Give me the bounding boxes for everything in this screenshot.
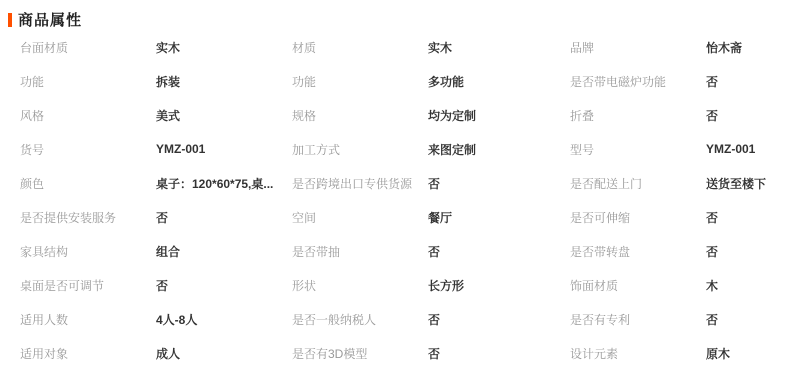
attribute-label: 是否带抽 (292, 243, 428, 260)
attribute-value: 否 (428, 243, 570, 260)
attribute-label: 是否提供安装服务 (20, 209, 156, 226)
attribute-value: 否 (706, 107, 790, 124)
attributes-column-3: 品牌 怡木斋 是否带电磁炉功能 否 折叠 否 型号 YMZ-001 是否配送上门… (570, 30, 790, 370)
attribute-row: 加工方式 来图定制 (292, 132, 570, 166)
attribute-label: 台面材质 (20, 39, 156, 56)
attribute-row: 桌面是否可调节 否 (20, 268, 292, 302)
attribute-label: 设计元素 (570, 345, 706, 362)
attribute-label: 品牌 (570, 39, 706, 56)
attribute-row: 是否提供安装服务 否 (20, 200, 292, 234)
attribute-row: 形状 长方形 (292, 268, 570, 302)
attribute-label: 规格 (292, 107, 428, 124)
attribute-row: 是否有专利 否 (570, 302, 790, 336)
attributes-column-1: 台面材质 实木 功能 拆装 风格 美式 货号 YMZ-001 颜色 桌子：120… (20, 30, 292, 370)
attribute-label: 适用人数 (20, 311, 156, 328)
section-title: 商品属性 (18, 13, 82, 28)
attribute-label: 适用对象 (20, 345, 156, 362)
attribute-value: 桌子：120*60*75,桌... (156, 175, 292, 192)
attribute-row: 型号 YMZ-001 (570, 132, 790, 166)
attribute-label: 功能 (20, 73, 156, 90)
attribute-row: 适用对象 成人 (20, 336, 292, 370)
attribute-row: 是否带转盘 否 (570, 234, 790, 268)
attribute-row: 适用人数 4人-8人 (20, 302, 292, 336)
attribute-label: 风格 (20, 107, 156, 124)
attribute-value: 木 (706, 277, 790, 294)
attribute-label: 是否一般纳税人 (292, 311, 428, 328)
attribute-row: 颜色 桌子：120*60*75,桌... (20, 166, 292, 200)
attribute-row: 饰面材质 木 (570, 268, 790, 302)
attribute-row: 风格 美式 (20, 98, 292, 132)
section-header: 商品属性 (0, 0, 800, 28)
attribute-label: 是否有专利 (570, 311, 706, 328)
attribute-value: 否 (706, 311, 790, 328)
attribute-value: YMZ-001 (156, 142, 292, 156)
attribute-row: 是否跨境出口专供货源 否 (292, 166, 570, 200)
attribute-label: 功能 (292, 73, 428, 90)
attribute-value: 长方形 (428, 277, 570, 294)
attribute-value: 否 (428, 175, 570, 192)
attribute-row: 功能 拆装 (20, 64, 292, 98)
attribute-value: 否 (706, 209, 790, 226)
attribute-value: 原木 (706, 345, 790, 362)
attribute-label: 是否配送上门 (570, 175, 706, 192)
attribute-value: 均为定制 (428, 107, 570, 124)
attribute-label: 加工方式 (292, 141, 428, 158)
attribute-value: 拆装 (156, 73, 292, 90)
attribute-value: 来图定制 (428, 141, 570, 158)
attribute-row: 是否有3D模型 否 (292, 336, 570, 370)
attribute-value: 餐厅 (428, 209, 570, 226)
attribute-label: 是否有3D模型 (292, 345, 428, 362)
attribute-row: 是否带抽 否 (292, 234, 570, 268)
attribute-label: 材质 (292, 39, 428, 56)
attribute-label: 桌面是否可调节 (20, 277, 156, 294)
attribute-row: 货号 YMZ-001 (20, 132, 292, 166)
attribute-row: 空间 餐厅 (292, 200, 570, 234)
attribute-label: 形状 (292, 277, 428, 294)
attribute-row: 是否可伸缩 否 (570, 200, 790, 234)
attribute-value: 多功能 (428, 73, 570, 90)
attribute-value: 成人 (156, 345, 292, 362)
attribute-row: 是否带电磁炉功能 否 (570, 64, 790, 98)
accent-bar (8, 13, 12, 27)
attribute-row: 是否配送上门 送货至楼下 (570, 166, 790, 200)
attribute-row: 品牌 怡木斋 (570, 30, 790, 64)
attributes-grid: 台面材质 实木 功能 拆装 风格 美式 货号 YMZ-001 颜色 桌子：120… (0, 30, 800, 370)
attributes-column-2: 材质 实木 功能 多功能 规格 均为定制 加工方式 来图定制 是否跨境出口专供货… (292, 30, 570, 370)
attribute-label: 货号 (20, 141, 156, 158)
attribute-row: 功能 多功能 (292, 64, 570, 98)
attribute-label: 颜色 (20, 175, 156, 192)
attribute-label: 是否跨境出口专供货源 (292, 175, 428, 192)
attribute-value: YMZ-001 (706, 142, 790, 156)
attribute-value: 4人-8人 (156, 311, 292, 328)
product-attributes-panel: 商品属性 台面材质 实木 功能 拆装 风格 美式 货号 YMZ-001 颜色 桌… (0, 0, 800, 377)
attribute-value: 否 (428, 345, 570, 362)
attribute-row: 台面材质 实木 (20, 30, 292, 64)
attribute-value: 否 (428, 311, 570, 328)
attribute-label: 是否带转盘 (570, 243, 706, 260)
attribute-value: 送货至楼下 (706, 175, 790, 192)
attribute-value: 否 (706, 243, 790, 260)
attribute-label: 家具结构 (20, 243, 156, 260)
attribute-label: 空间 (292, 209, 428, 226)
attribute-row: 是否一般纳税人 否 (292, 302, 570, 336)
attribute-label: 饰面材质 (570, 277, 706, 294)
attribute-row: 家具结构 组合 (20, 234, 292, 268)
attribute-value: 实木 (428, 39, 570, 56)
attribute-row: 材质 实木 (292, 30, 570, 64)
attribute-label: 折叠 (570, 107, 706, 124)
attribute-value: 否 (156, 277, 292, 294)
attribute-value: 组合 (156, 243, 292, 260)
attribute-label: 是否可伸缩 (570, 209, 706, 226)
attribute-label: 是否带电磁炉功能 (570, 73, 706, 90)
attribute-value: 否 (706, 73, 790, 90)
attribute-row: 规格 均为定制 (292, 98, 570, 132)
attribute-value: 否 (156, 209, 292, 226)
attribute-value: 怡木斋 (706, 39, 790, 56)
attribute-value: 实木 (156, 39, 292, 56)
attribute-value: 美式 (156, 107, 292, 124)
attribute-row: 折叠 否 (570, 98, 790, 132)
attribute-row: 设计元素 原木 (570, 336, 790, 370)
attribute-label: 型号 (570, 141, 706, 158)
